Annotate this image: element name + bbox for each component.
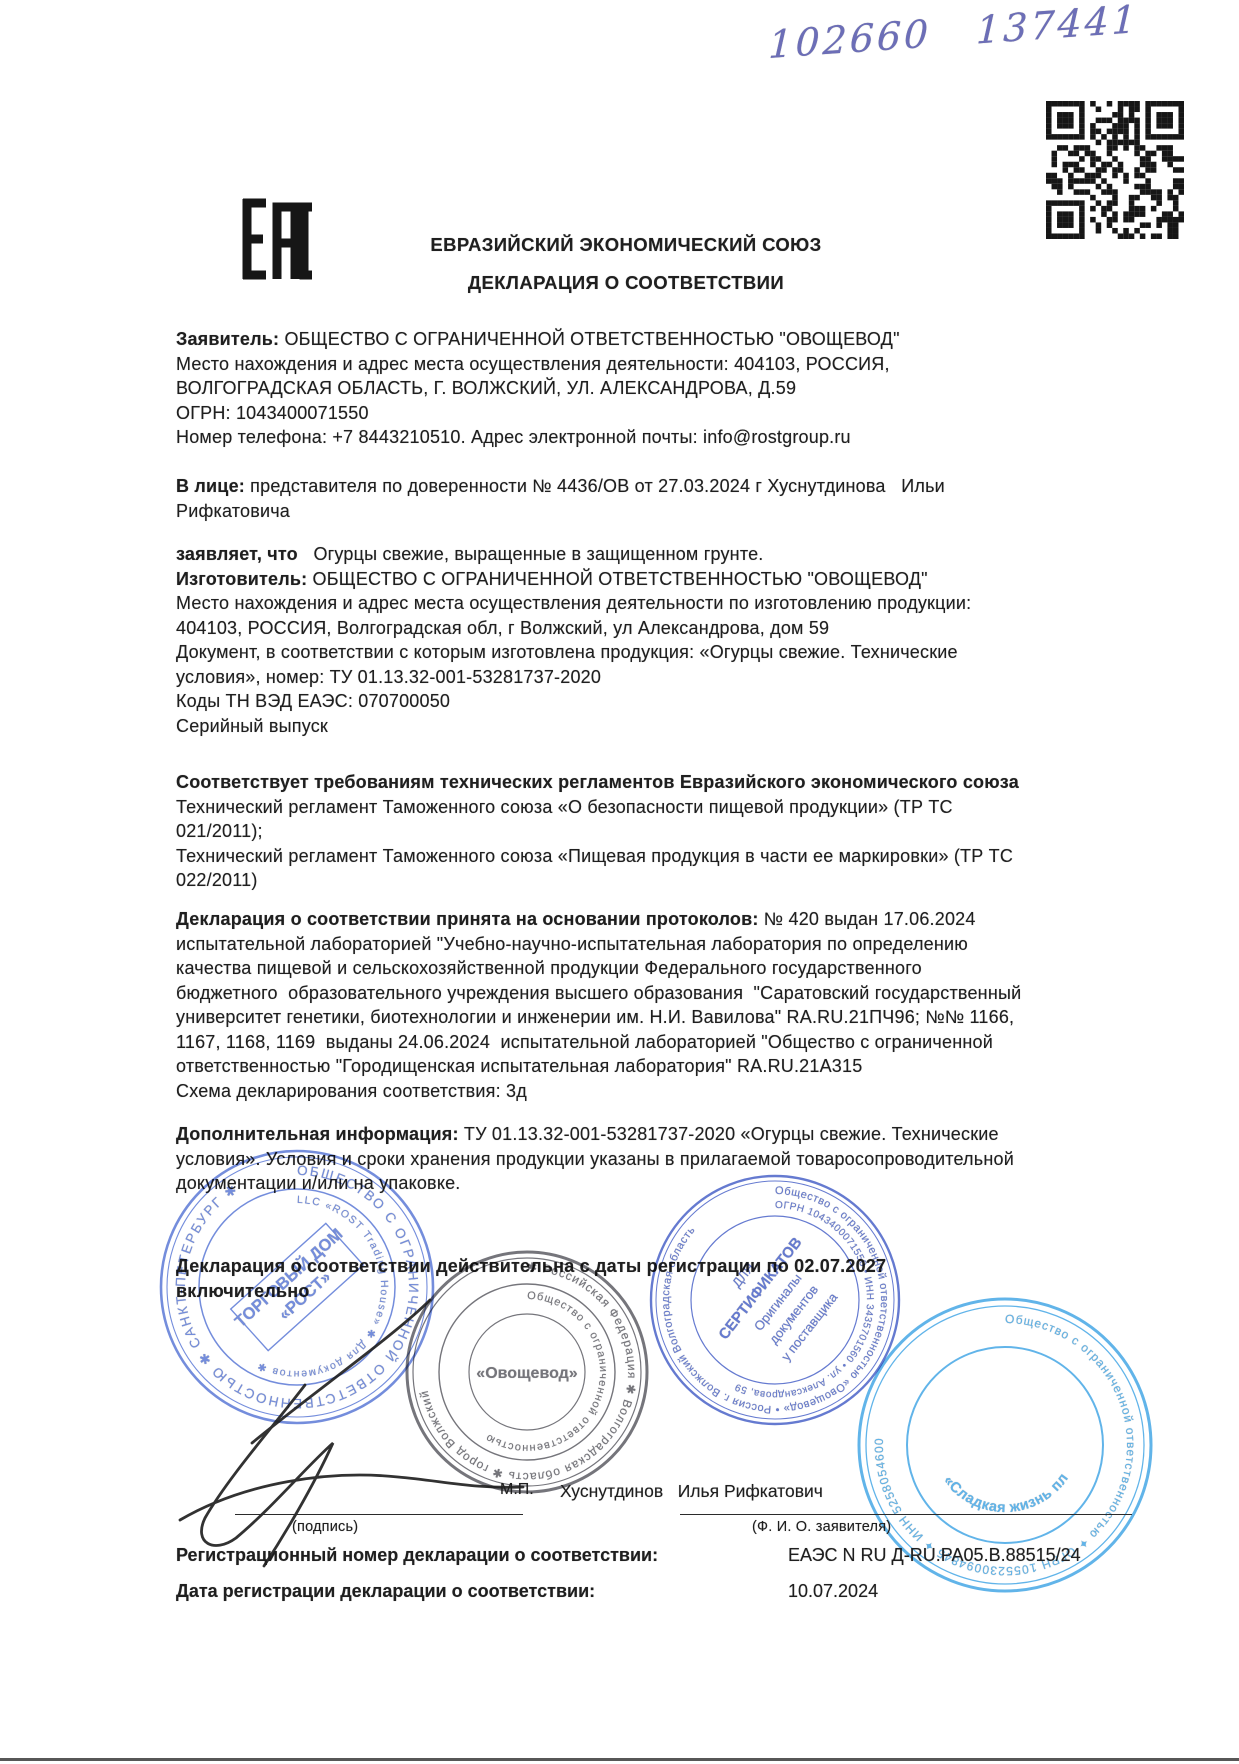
manufacturer-address: Место нахождения и адрес места осуществл…: [176, 591, 1136, 616]
applicant-section: Заявитель: ОБЩЕСТВО С ОГРАНИЧЕННОЙ ОТВЕТ…: [176, 327, 1136, 450]
registration-date-value: 10.07.2024: [788, 1581, 878, 1602]
signature-caption: (подпись): [292, 1519, 358, 1535]
document-page: 102660 137441 ЕВРАЗИЙСКИЙ ЭКОНОМИЧЕСКИЙ …: [0, 0, 1239, 1764]
regulation-line: 021/2011);: [176, 819, 1136, 844]
basis-text: университет генетики, биотехнологии и ин…: [176, 1005, 1136, 1030]
basis-section: Декларация о соответствии принята на осн…: [176, 907, 1136, 1103]
tnved-codes: Коды ТН ВЭД ЕАЭС: 070700050: [176, 689, 1136, 714]
basis-text: 1167, 1168, 1169 выданы 24.06.2024 испыт…: [176, 1030, 1136, 1055]
basis-label: Декларация о соответствии принята на осн…: [176, 909, 759, 929]
svg-text:Общество с ограниченной ответс: Общество с ограниченной ответственностью…: [872, 1312, 1138, 1578]
applicant-ogrn: ОГРН: 1043400071550: [176, 401, 1136, 426]
compliance-heading: Соответствует требованиям технических ре…: [176, 770, 1136, 795]
applicant-address-line: Место нахождения и адрес места осуществл…: [176, 352, 1136, 377]
manufacturer-label: Изготовитель:: [176, 569, 307, 589]
basis-text: качества пищевой и сельскохозяйственной …: [176, 956, 1136, 981]
text-line: Заявитель: ОБЩЕСТВО С ОГРАНИЧЕННОЙ ОТВЕТ…: [176, 327, 1136, 352]
qr-code: [1046, 101, 1184, 239]
union-title: ЕВРАЗИЙСКИЙ ЭКОНОМИЧЕСКИЙ СОЮЗ: [176, 234, 1076, 256]
manufacturer-name: ОБЩЕСТВО С ОГРАНИЧЕННОЙ ОТВЕТСТВЕННОСТЬЮ…: [307, 569, 927, 589]
product-document: условия», номер: ТУ 01.13.32-001-5328173…: [176, 665, 1136, 690]
declaration-scheme: Схема декларирования соответствия: 3д: [176, 1079, 1136, 1104]
registration-date-label: Дата регистрации декларации о соответств…: [176, 1581, 595, 1602]
text-line: Дополнительная информация: ТУ 01.13.32-0…: [176, 1122, 1136, 1147]
fio-line: [680, 1514, 1132, 1515]
compliance-section: Соответствует требованиям технических ре…: [176, 770, 1136, 893]
seal-place-label: М.П.: [500, 1481, 534, 1499]
applicant-address-line: ВОЛГОГРАДСКАЯ ОБЛАСТЬ, Г. ВОЛЖСКИЙ, УЛ. …: [176, 376, 1136, 401]
text-line: В лице: представителя по доверенности № …: [176, 474, 1136, 499]
registration-number-value: ЕАЭС N RU Д-RU.РА05.В.88515/24: [788, 1545, 1081, 1566]
signature-line: [235, 1514, 523, 1515]
regulation-line: Технический регламент Таможенного союза …: [176, 844, 1136, 869]
representative-text: Рифкатовича: [176, 499, 1136, 524]
regulation-line: Технический регламент Таможенного союза …: [176, 795, 1136, 820]
signer-name: Хуснутдинов Илья Рифкатович: [560, 1481, 823, 1502]
document-title: ДЕКЛАРАЦИЯ О СООТВЕТСТВИИ: [176, 272, 1076, 294]
scan-bottom-edge: [0, 1758, 1239, 1761]
applicant-name: ОБЩЕСТВО С ОГРАНИЧЕННОЙ ОТВЕТСТВЕННОСТЬЮ…: [279, 329, 899, 349]
text-line: Изготовитель: ОБЩЕСТВО С ОГРАНИЧЕННОЙ ОТ…: [176, 567, 1136, 592]
product-document: Документ, в соответствии с которым изгот…: [176, 640, 1136, 665]
fio-caption: (Ф. И. О. заявителя): [752, 1519, 891, 1535]
representative-label: В лице:: [176, 476, 245, 496]
basis-text: № 420 выдан 17.06.2024: [759, 909, 976, 929]
product-section: заявляет, что Огурцы свежие, выращенные …: [176, 542, 1136, 738]
text-line: Декларация о соответствии принята на осн…: [176, 907, 1136, 932]
basis-text: ответственностью "Городищенская испытате…: [176, 1054, 1136, 1079]
manufacturer-address: 404103, РОССИЯ, Волгоградская обл, г Вол…: [176, 616, 1136, 641]
text-line: заявляет, что Огурцы свежие, выращенные …: [176, 542, 1136, 567]
regulation-line: 022/2011): [176, 868, 1136, 893]
basis-text: испытательной лабораторией "Учебно-научн…: [176, 932, 1136, 957]
handwritten-number: 102660 137441: [768, 0, 1140, 67]
basis-text: бюджетного образовательного учреждения в…: [176, 981, 1136, 1006]
additional-text: ТУ 01.13.32-001-53281737-2020 «Огурцы св…: [459, 1124, 999, 1144]
representative-text: представителя по доверенности № 4436/ОВ …: [245, 476, 945, 496]
declares-label: заявляет, что: [176, 544, 298, 564]
signature: [150, 1270, 600, 1590]
representative-section: В лице: представителя по доверенности № …: [176, 474, 1136, 523]
stamp-ring-text: Общество с ограниченной ответственностью…: [872, 1312, 1138, 1578]
registration-number-label: Регистрационный номер декларации о соотв…: [176, 1545, 658, 1566]
applicant-label: Заявитель:: [176, 329, 279, 349]
serial-release: Серийный выпуск: [176, 714, 1136, 739]
product-name: Огурцы свежие, выращенные в защищенном г…: [298, 544, 764, 564]
applicant-contacts: Номер телефона: +7 8443210510. Адрес эле…: [176, 425, 1136, 450]
additional-label: Дополнительная информация:: [176, 1124, 459, 1144]
